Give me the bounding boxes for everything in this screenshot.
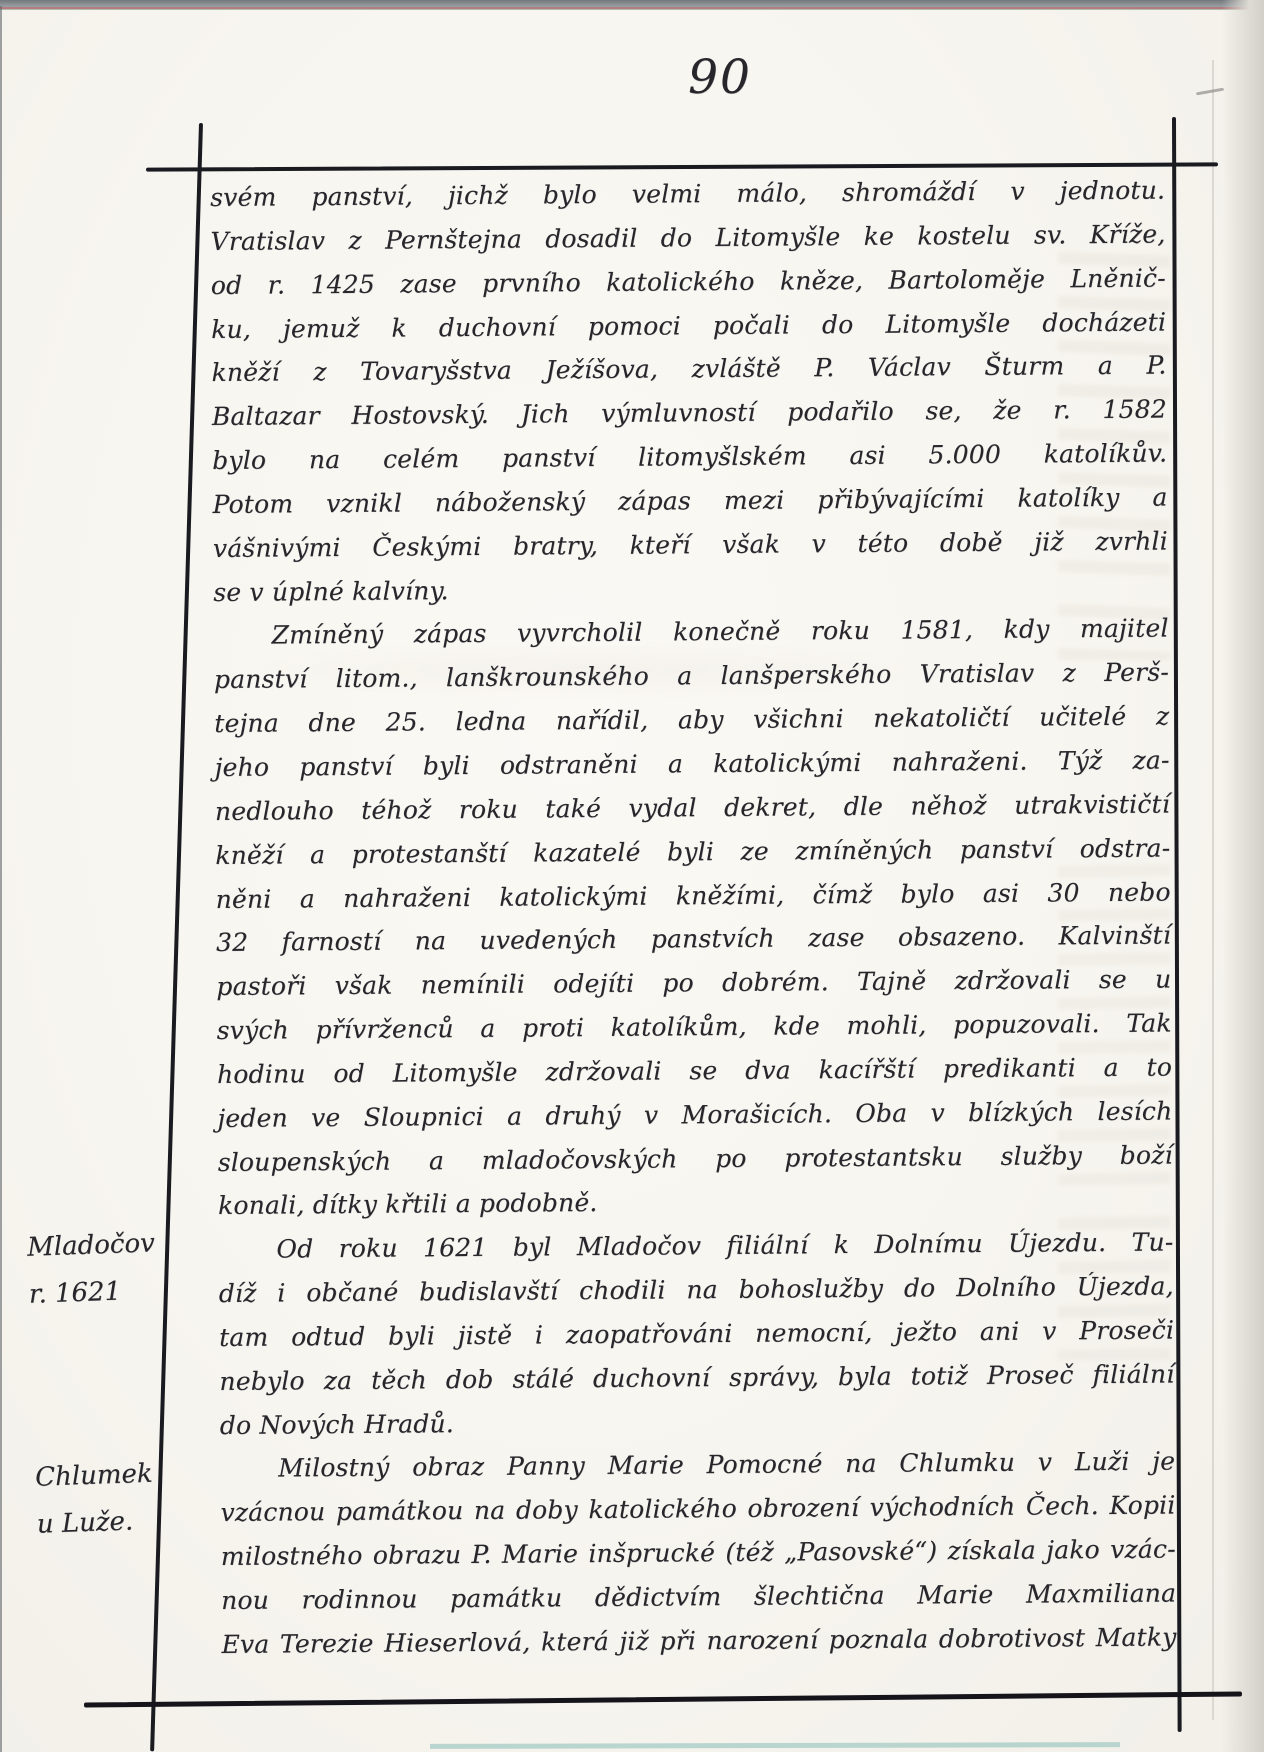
- manuscript-line: Eva Terezie Hieserlová, která již při na…: [221, 1615, 1176, 1666]
- scan-edge-green-line: [0, 9, 1264, 10]
- margin-note-line: r. 1621: [28, 1266, 190, 1319]
- manuscript-line: Od roku 1621 byl Mladočov filiální k Dol…: [218, 1221, 1173, 1272]
- manuscript-line: milostného obrazu P. Marie inšprucké (té…: [221, 1528, 1176, 1579]
- manuscript-line: svém panství, jichž bylo velmi málo, shr…: [210, 168, 1165, 219]
- manuscript-line: do Nových Hradů.: [220, 1396, 1175, 1447]
- manuscript-text-block: svém panství, jichž bylo velmi málo, shr…: [210, 168, 1177, 1666]
- manuscript-line: nebylo za těch dob stálé duchovní správy…: [219, 1352, 1174, 1403]
- scan-edge-left: [0, 6, 2, 1752]
- margin-note-mladocov: Mladočov r. 1621: [26, 1219, 189, 1319]
- margin-note-chlumek: Chlumek u Luže.: [34, 1449, 197, 1549]
- manuscript-line: hodinu od Litomyšle zdržovali se dva kac…: [217, 1045, 1172, 1096]
- manuscript-line: Zmíněný zápas vyvrcholil konečně roku 15…: [213, 607, 1168, 658]
- manuscript-line: Milostný obraz Panny Marie Pomocné na Ch…: [220, 1440, 1175, 1491]
- frame-rule-bottom: [84, 1691, 1242, 1707]
- manuscript-line: svých přívrženců a proti katolíkům, kde …: [217, 1002, 1172, 1053]
- manuscript-line: bylo na celém panství litomyšlském asi 5…: [212, 432, 1167, 483]
- manuscript-line: konali, dítky křtili a podobně.: [218, 1177, 1173, 1228]
- manuscript-line: ku, jemuž k duchovní pomoci počali do Li…: [211, 300, 1166, 351]
- manuscript-line: 32 farností na uvedených panstvích zase …: [216, 914, 1171, 965]
- manuscript-line: nou rodinnou památku dědictvím šlechtičn…: [221, 1571, 1176, 1622]
- margin-note-line: Mladočov: [26, 1219, 188, 1272]
- margin-note-line: u Luže.: [36, 1496, 198, 1549]
- manuscript-line: jeho panství byli odstraněni a katolický…: [214, 738, 1169, 789]
- manuscript-line: kněží z Tovaryšstva Ježíšova, zvláště P.…: [211, 344, 1166, 395]
- scan-edge-top: [0, 0, 1264, 7]
- manuscript-line: Baltazar Hostovský. Jich výmluvností pod…: [212, 388, 1167, 439]
- stray-pen-mark: [1196, 88, 1224, 96]
- page-number: 90: [620, 50, 820, 105]
- scan-bottom-artifact: [430, 1742, 1120, 1749]
- manuscript-line: od r. 1425 zase prvního katolického kněz…: [211, 256, 1166, 307]
- manuscript-line: Vratislav z Pernštejna dosadil do Litomy…: [210, 212, 1165, 263]
- manuscript-line: díž i občané budislavští chodili na boho…: [219, 1265, 1174, 1316]
- manuscript-line: sloupenských a mladočovských po protesta…: [218, 1133, 1173, 1184]
- manuscript-line: vzácnou památkou na doby katolického obr…: [220, 1484, 1175, 1535]
- page-edge-shadow: [1222, 0, 1264, 1752]
- manuscript-line: tam odtud byli jistě i zaopatřováni nemo…: [219, 1308, 1174, 1359]
- manuscript-line: tejna dne 25. ledna nařídil, aby všichni…: [214, 695, 1169, 746]
- page-fold-line: [1212, 60, 1214, 1720]
- manuscript-line: panství litom., lanškrounského a lanšper…: [214, 651, 1169, 702]
- manuscript-line: kněží a protestanští kazatelé byli ze zm…: [215, 826, 1170, 877]
- manuscript-line: nedlouho téhož roku také vydal dekret, d…: [215, 782, 1170, 833]
- margin-note-line: Chlumek: [34, 1449, 196, 1502]
- manuscript-line: něni a nahraženi katolickými kněžími, čí…: [216, 870, 1171, 921]
- manuscript-line: vášnivými Českými bratry, kteří však v t…: [213, 519, 1168, 570]
- scanned-chronicle-page: 90 Mladočov r. 1621 Chlumek u Luže. svém…: [0, 0, 1264, 1752]
- manuscript-line: jeden ve Sloupnici a druhý v Morašicích.…: [217, 1089, 1172, 1140]
- manuscript-line: se v úplné kalvíny.: [213, 563, 1168, 614]
- manuscript-line: Potom vznikl náboženský zápas mezi přibý…: [212, 475, 1167, 526]
- manuscript-line: pastoři však nemínili odejíti po dobrém.…: [216, 958, 1171, 1009]
